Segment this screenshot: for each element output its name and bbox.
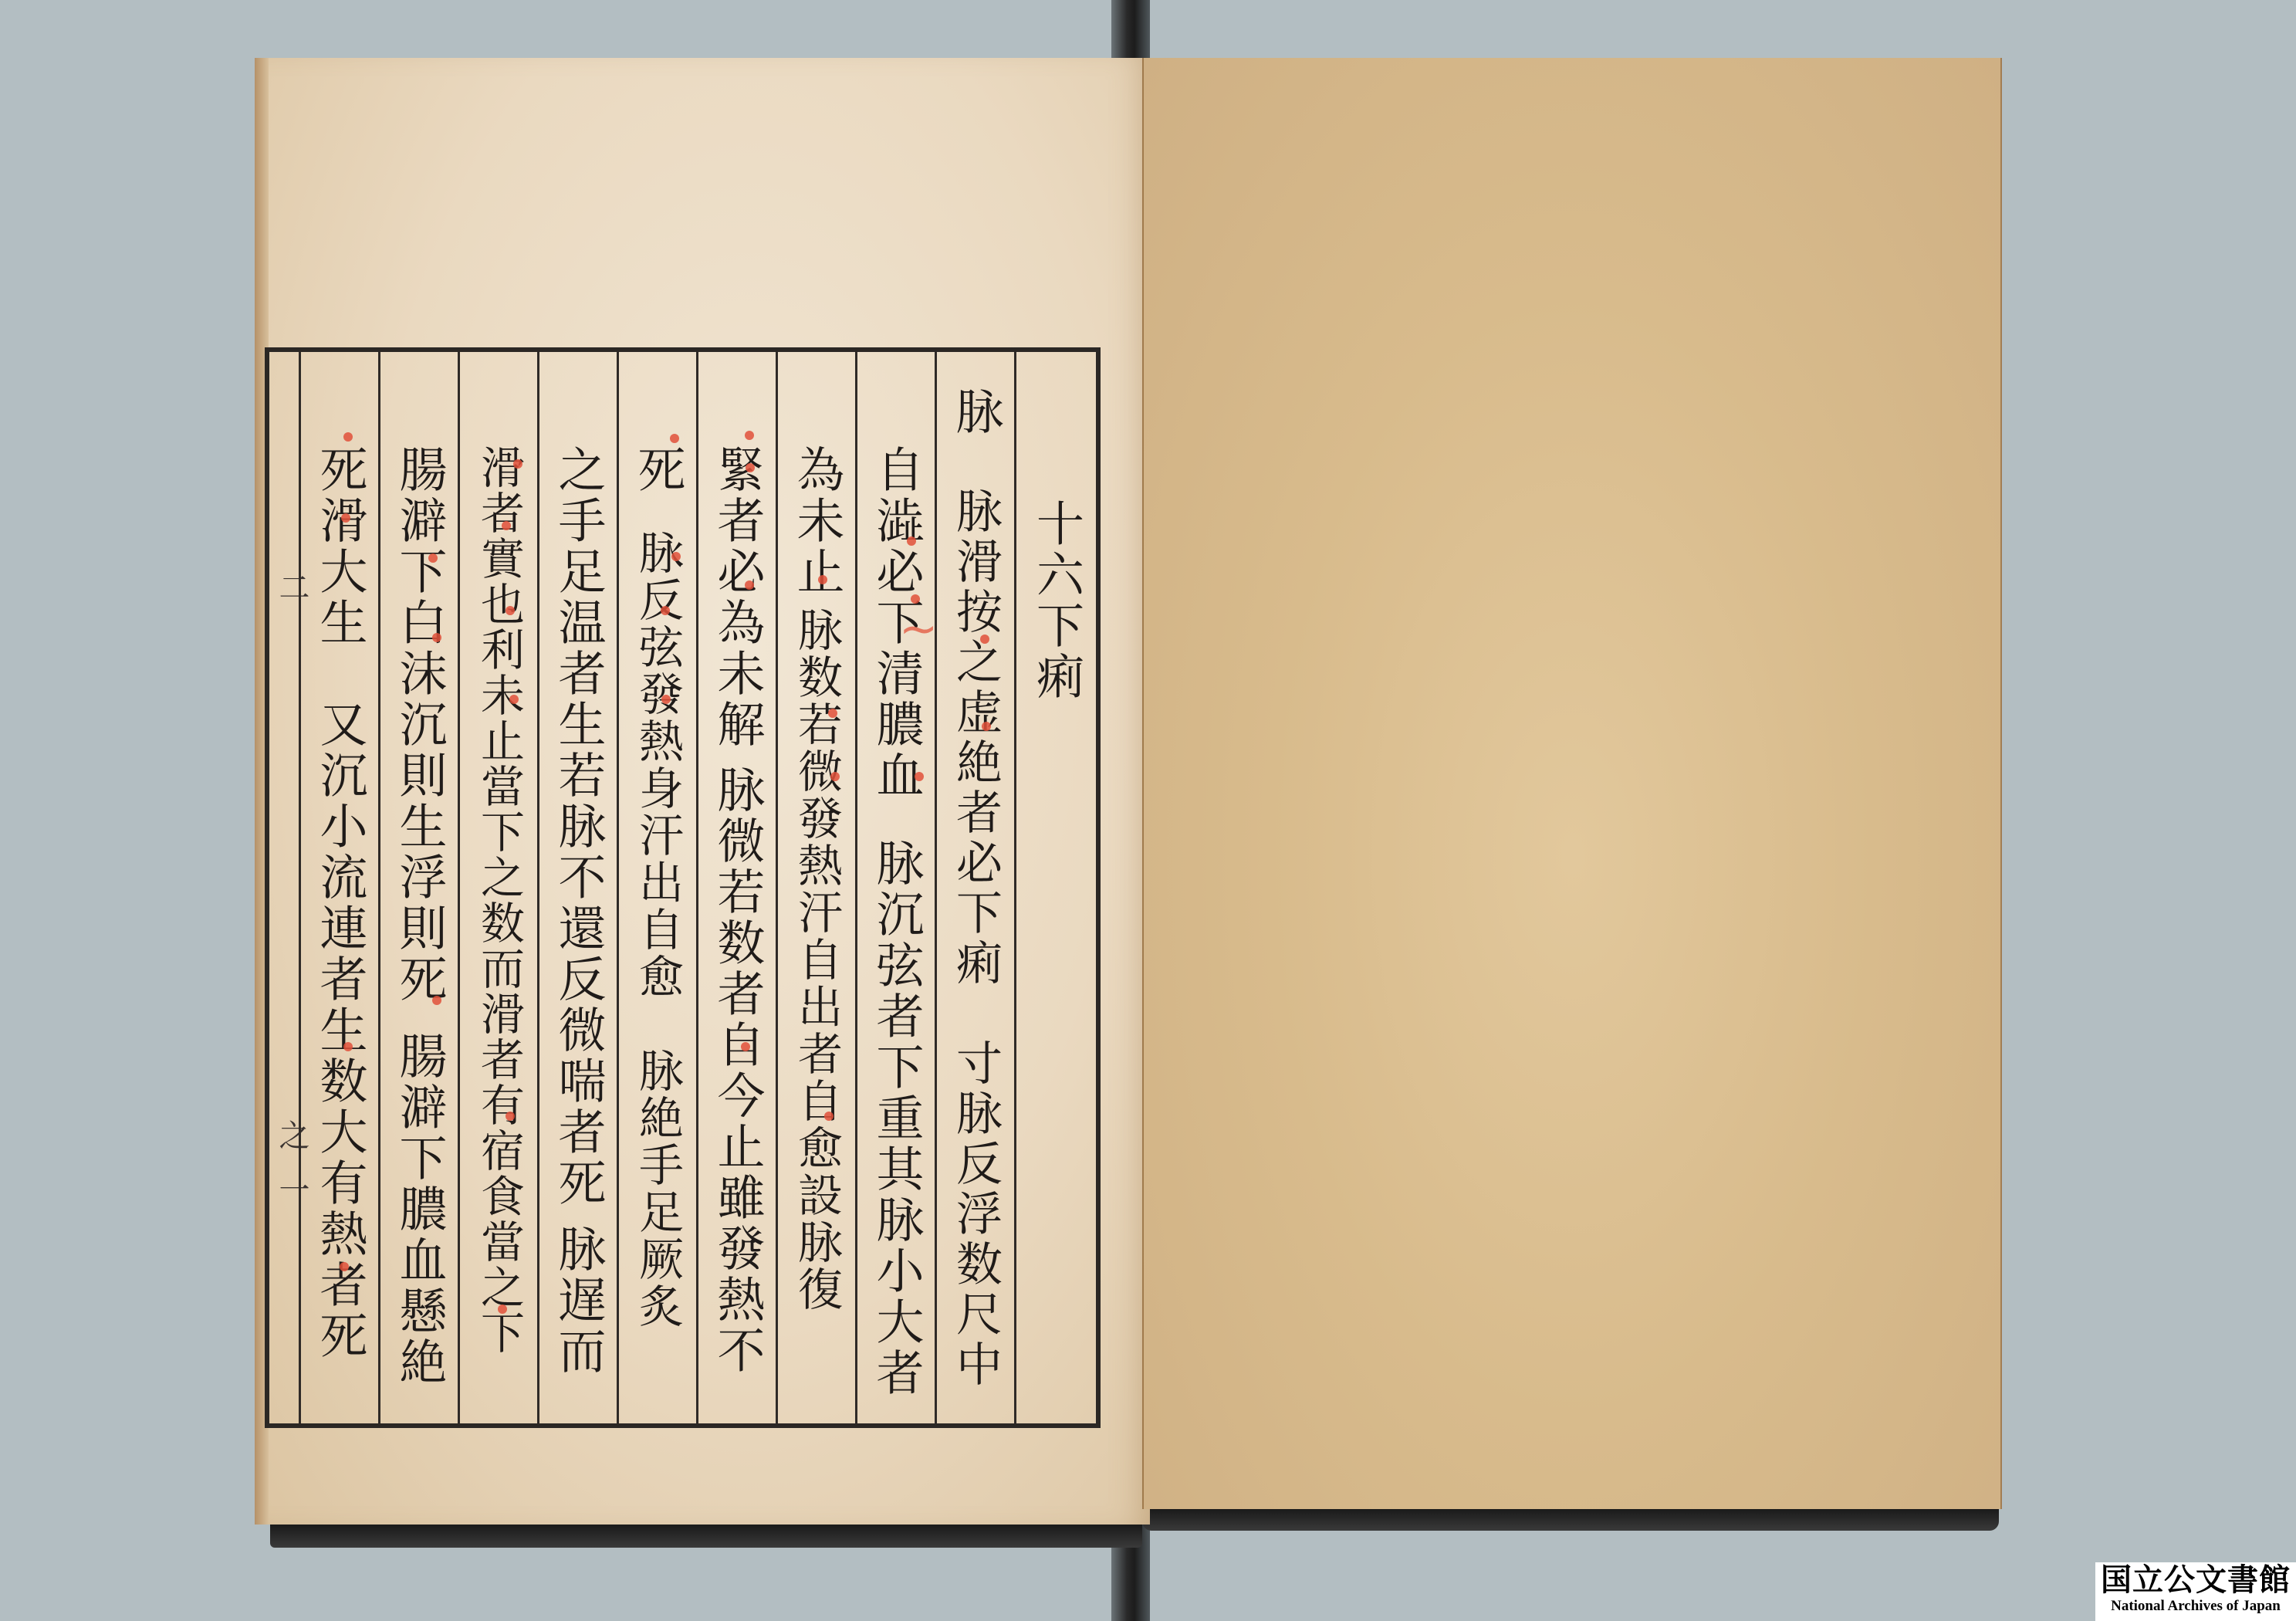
red-punctuation-dot [343,432,353,442]
red-punctuation-dot [432,633,441,642]
column-text: 脉反弦發熱身汗出自愈 脉絶手足厥炙 [635,530,680,1330]
column-text: 脉滑按之虚絶者必下痢 寸脉反浮数尺中 [952,487,999,1390]
red-punctuation-dot [746,463,755,472]
text-column: 為未止 脉数若微發熱汗自出者自愈設脉復 [778,352,857,1423]
right-page-blank [1142,58,2002,1509]
red-punctuation-dot [818,575,827,584]
column-text-top: 為未止 [793,445,840,597]
text-column: 滑者實也利未止當下之数而滑者有宿食當之下 [460,352,539,1423]
text-column: 之手足温者生若脉不還反微喘者死 脉遅而 [539,352,619,1423]
red-punctuation-dot [828,709,837,718]
column-text-top: 脉 [952,387,999,438]
column-text: 腸澼下膿血懸絶 [395,1031,443,1388]
text-column: 自澁必下清膿血 脉沉弦者下重其脉小大者 [857,352,937,1423]
column-text-top: 死滑大生 [316,445,364,648]
red-punctuation-dot [980,635,989,644]
logo-english: National Archives of Japan [2095,1598,2296,1615]
red-punctuation-dot [741,1042,750,1051]
column-text: 脉沉弦者下重其脉小大者 [872,838,920,1399]
red-punctuation-dot [502,521,511,530]
red-punctuation-dot [911,594,920,604]
column-text-top: 腸澼下白沫沉則生浮則死 [395,445,443,1005]
red-punctuation-dot [671,552,681,561]
text-column: 十六下痢 [1016,352,1096,1423]
logo-japanese: 国立公文書館 [2095,1562,2296,1598]
red-punctuation-dot [982,722,991,731]
red-punctuation-dot [513,459,522,469]
text-column: 死 脉反弦發熱身汗出自愈 脉絶手足厥炙 [619,352,698,1423]
red-punctuation-dot [509,695,519,704]
red-punctuation-dot [745,431,754,440]
red-punctuation-dot [915,772,924,781]
book-shadow [1142,1509,1999,1531]
text-column: 緊者必為未解 脉微若数者自今止雖發熱不 [698,352,778,1423]
red-punctuation-dot [340,1262,349,1271]
text-column: 脉 脉滑按之虚絶者必下痢 寸脉反浮数尺中 [937,352,1016,1423]
red-punctuation-dot [506,1112,515,1121]
book-shadow [270,1525,1142,1548]
column-text: 脉微若数者自今止雖發熱不 [713,765,761,1376]
red-punctuation-dot [907,536,916,546]
red-punctuation-dot [745,580,754,590]
red-punctuation-dot [830,772,840,781]
red-punctuation-dot [824,1112,834,1121]
red-punctuation-dot [432,996,441,1005]
red-punctuation-dot [661,606,670,615]
text-column: 腸澼下白沫沉則生浮則死 腸澼下膿血懸絶 [380,352,460,1423]
column-text-top: 死 [634,445,681,496]
column-text: 脉遅而 [554,1224,602,1377]
column-text-top: 緊者必為未解 [713,445,761,750]
column-text-top: 之手足温者生若脉不還反微喘者死 [554,445,602,1209]
red-punctuation-dot [341,513,350,523]
red-punctuation-dot [661,695,671,704]
red-punctuation-dot [343,1042,353,1051]
red-punctuation-dot [428,553,438,563]
national-archives-logo: 国立公文書館 National Archives of Japan [2095,1562,2296,1621]
red-punctuation-dot [498,1305,507,1314]
red-punctuation-dot [506,606,515,615]
column-text: 又沉小流連者生数大有熱者死 [316,699,364,1362]
text-frame: 十六下痢 脉 脉滑按之虚絶者必下痢 寸脉反浮数尺中 自澁必下清膿血 脉沉弦者下重… [265,347,1101,1428]
red-annotation-mark: ~ [899,602,938,656]
chapter-heading: 十六下痢 [1033,499,1080,702]
red-punctuation-dot [670,434,679,443]
frame-margin-column [269,352,301,1423]
column-text-top: 滑者實也利未止當下之数而滑者有宿食當之下 [477,445,521,1355]
